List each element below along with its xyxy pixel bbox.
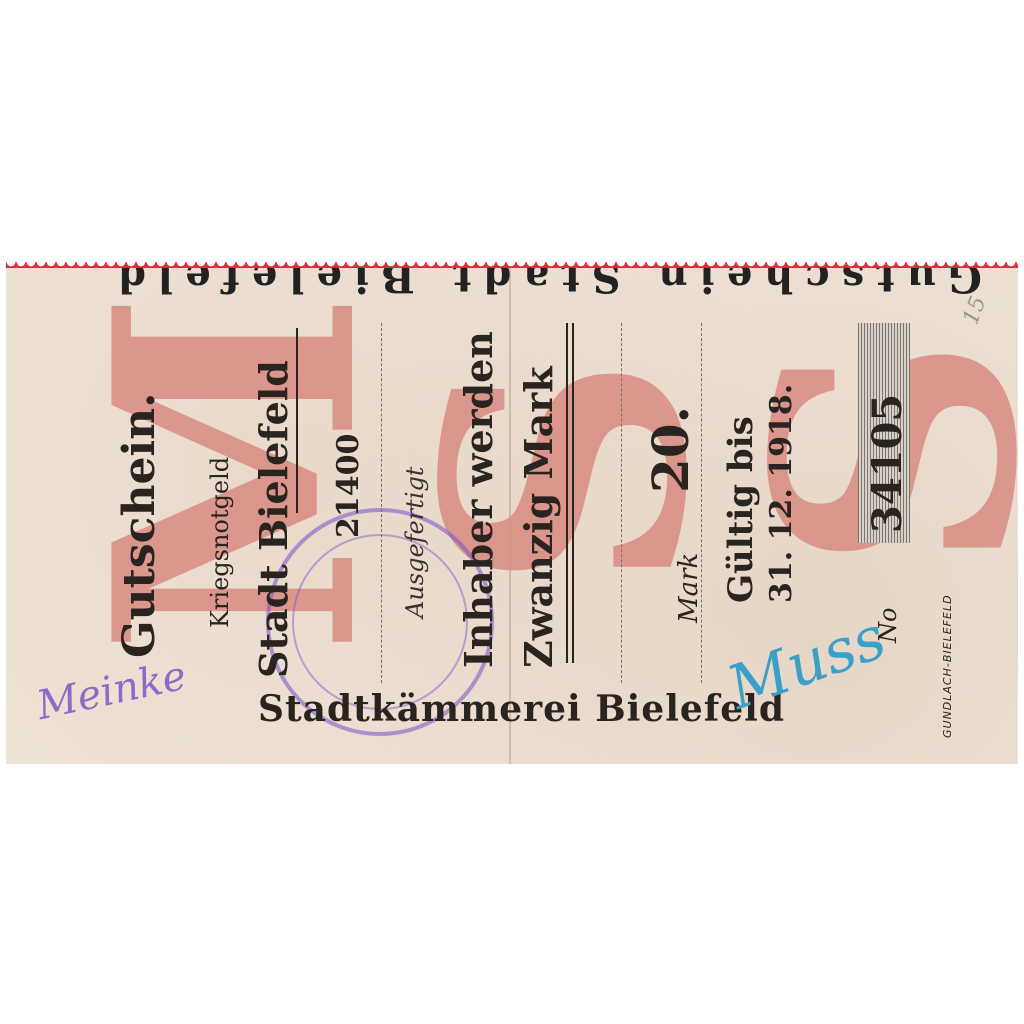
signature-left: Meinke	[33, 653, 190, 729]
title: Gutschein.	[114, 393, 165, 658]
control-number: 21400	[331, 434, 366, 538]
issuer-line: Stadt Bielefeld	[251, 360, 296, 678]
dashed-divider	[621, 323, 622, 683]
banknote: M S S Gutschein Stadt Bielefeld Gutschei…	[6, 268, 1018, 764]
handwritten-note: Ausgefertigt	[401, 466, 429, 618]
treasury-name: Stadtkämmerei Bielefeld	[258, 688, 785, 730]
amount-figure: 20.	[641, 406, 700, 493]
holder-text: Inhaber werden	[456, 331, 501, 668]
valid-until-date: 31. 12. 1918.	[764, 384, 799, 603]
subtitle: Kriegsnotgeld	[206, 457, 234, 628]
double-rule	[566, 323, 568, 663]
valid-until-label: Gültig bis	[721, 416, 761, 603]
double-rule	[572, 323, 574, 663]
serial-number: 34105	[864, 394, 911, 533]
signature-right: Muss	[719, 602, 895, 723]
inverted-header: Gutschein Stadt Bielefeld	[106, 268, 982, 301]
mark-handwritten: Mark	[674, 553, 704, 623]
amount-words: Zwanzig Mark	[516, 366, 561, 668]
dashed-divider	[701, 323, 702, 683]
underline-rule	[296, 328, 298, 513]
printer-imprint: GUNDLACH-BIELEFELD	[941, 594, 954, 738]
